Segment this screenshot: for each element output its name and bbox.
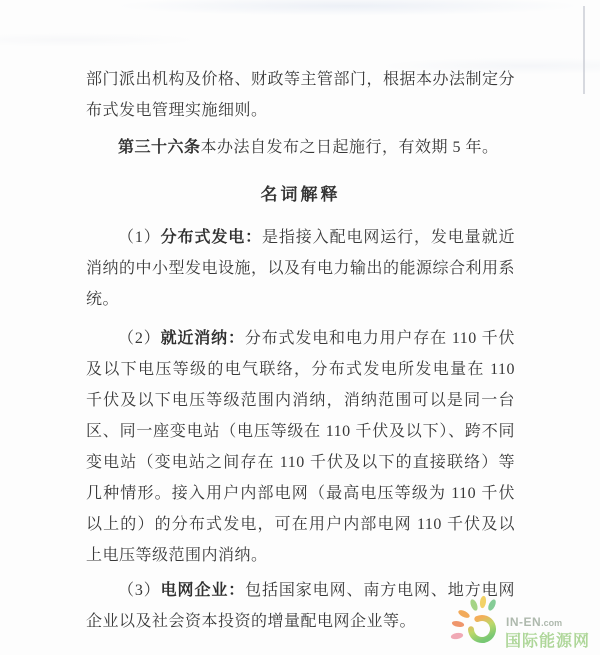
scanned-document-page: 部门派出机构及价格、财政等主管部门，根据本办法制定分布式发电管理实施细则。 第三… (0, 0, 600, 655)
term-definition-2: （2）就近消纳：分布式发电和电力用户存在 110 千伏及以下电压等级的电气联络，… (86, 323, 515, 571)
page-edge-scan-line (583, 6, 585, 94)
petal-orange (457, 608, 471, 619)
watermark-site-tld: .com (541, 618, 562, 628)
article-36-text: 本办法自发布之日起施行，有效期 5 年。 (201, 139, 499, 156)
watermark-site-name-text: IN-EN (506, 615, 541, 629)
term-2-name: 就近消纳： (161, 330, 245, 347)
paragraph-article-36: 第三十六条本办法自发布之日起施行，有效期 5 年。 (86, 132, 515, 163)
term-2-definition: 分布式发电和电力用户存在 110 千伏及以下电压等级的电气联络，分布式发电所发电… (86, 330, 515, 564)
term-1-number: （1） (118, 229, 161, 246)
document-text: 部门派出机构及价格、财政等主管部门，根据本办法制定分布式发电管理实施细则。 第三… (86, 64, 515, 637)
paragraph-continuation-text: 部门派出机构及价格、财政等主管部门，根据本办法制定分布式发电管理实施细则。 (86, 71, 515, 119)
watermark-site-name: IN-EN.com (506, 615, 562, 629)
petal-yellow (479, 595, 487, 608)
term-definition-1: （1）分布式发电：是指接入配电网运行，发电量就近消纳的中小型发电设施，以及有电力… (86, 222, 515, 315)
term-3-name: 电网企业： (161, 582, 245, 599)
logo-swirl-ring (467, 614, 496, 643)
article-36-number: 第三十六条 (118, 139, 201, 156)
watermark-in-en: IN-EN.com 国际能源网 (448, 593, 600, 653)
petal-salmon (451, 620, 464, 628)
petal-light-green (469, 598, 479, 611)
flower-logo-icon (450, 593, 512, 651)
term-3-number: （3） (118, 582, 161, 599)
petal-green (487, 598, 498, 611)
term-2-number: （2） (118, 330, 161, 347)
term-1-name: 分布式发电： (161, 229, 262, 246)
paragraph-continuation: 部门派出机构及价格、财政等主管部门，根据本办法制定分布式发电管理实施细则。 (86, 64, 515, 126)
watermark-site-name-cn: 国际能源网 (505, 628, 590, 651)
petal-pink (450, 632, 463, 640)
section-heading: 名词解释 (86, 179, 515, 210)
